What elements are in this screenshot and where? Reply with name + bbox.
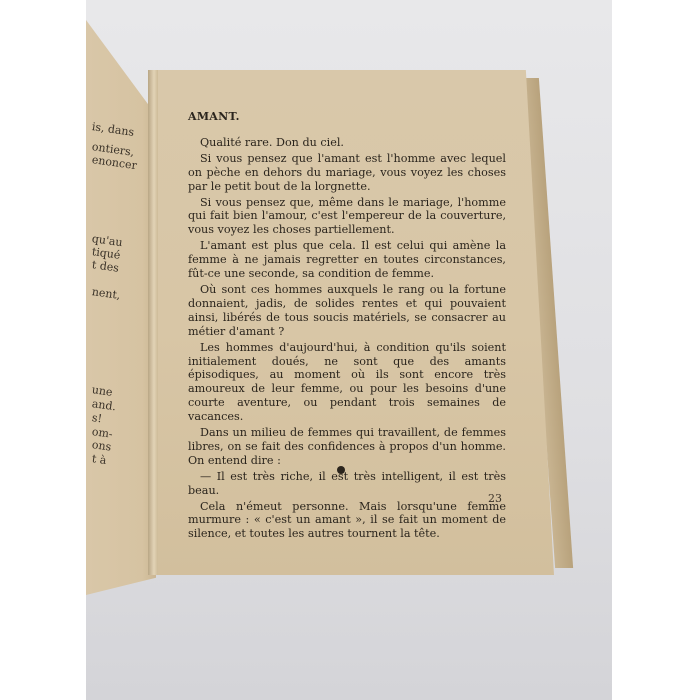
- paragraph: Si vous pensez que, même dans le mariage…: [188, 196, 506, 238]
- left-page: is, dans ontiers, enoncer qu'au tiqué t …: [86, 20, 156, 595]
- page-number: 23: [488, 492, 502, 505]
- paragraph: — Il est très riche, il est très intelli…: [188, 470, 506, 498]
- left-page-text: s!: [91, 411, 103, 425]
- paragraph: Cela n'émeut personne. Mais lorsqu'une f…: [188, 500, 506, 542]
- paragraph: Qualité rare. Don du ciel.: [188, 136, 506, 150]
- paragraph: Dans un milieu de femmes qui travaillent…: [188, 426, 506, 468]
- paragraph: Où sont ces hommes auxquels le rang ou l…: [188, 283, 506, 339]
- left-page-text: t à: [91, 452, 107, 467]
- left-page-text: is, dans: [91, 120, 135, 139]
- paragraph: L'amant est plus que cela. Il est celui …: [188, 239, 506, 281]
- left-page-text: t des: [91, 258, 120, 275]
- entry-heading: AMANT.: [188, 110, 506, 124]
- page-body: AMANT. Qualité rare. Don du ciel. Si vou…: [188, 110, 506, 543]
- book-gutter: [148, 70, 158, 575]
- left-page-text: nent,: [91, 285, 121, 302]
- bullet-ornament-icon: [337, 466, 345, 474]
- paragraph: Si vous pensez que l'amant est l'homme a…: [188, 152, 506, 194]
- paragraph: Les hommes d'aujourd'hui, à condition qu…: [188, 341, 506, 424]
